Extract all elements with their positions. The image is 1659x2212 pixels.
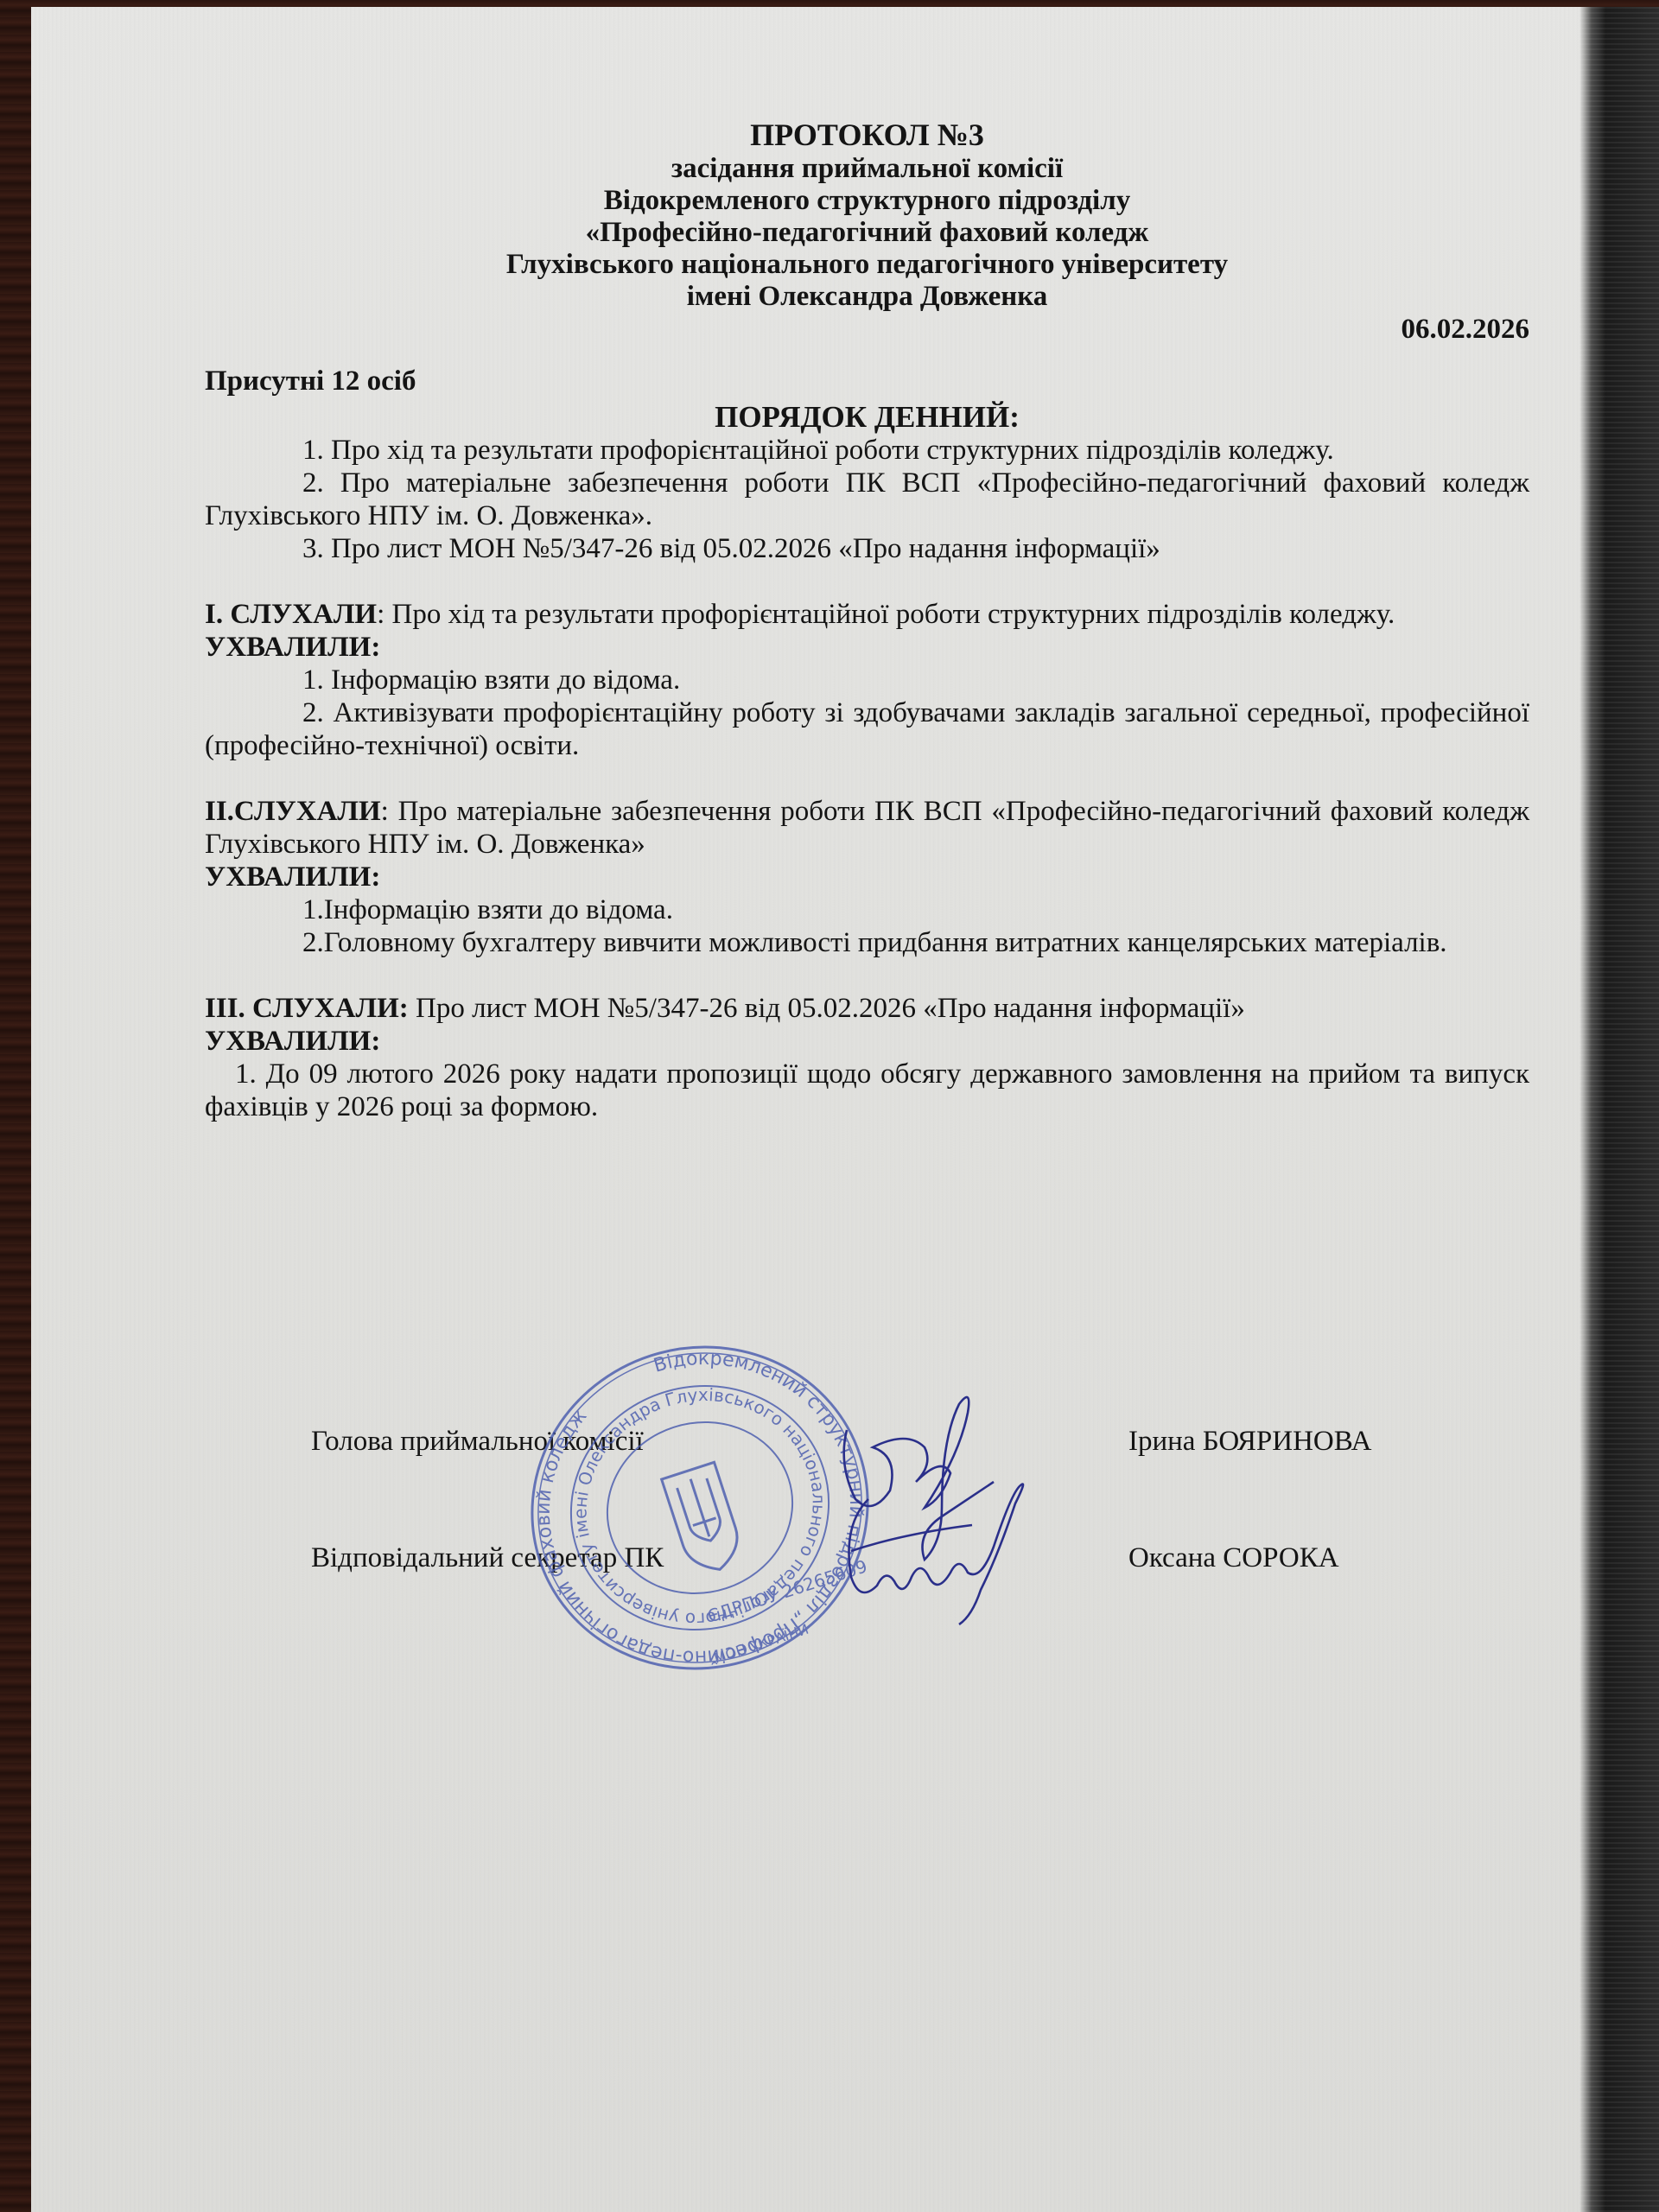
section-2: II.СЛУХАЛИ: Про матеріальне забезпечення… — [205, 795, 1529, 959]
decision-item: 2.Головному бухгалтеру вивчити можливост… — [205, 926, 1529, 959]
decision-item: 1. Інформацію взяти до відома. — [205, 664, 1529, 696]
subtitle-line: Глухівського національного педагогічного… — [205, 249, 1529, 281]
decided-label: УХВАЛИЛИ: — [205, 861, 1529, 893]
subtitle-line: Відокремленого структурного підрозділу — [205, 185, 1529, 217]
decision-item: 1.Інформацію взяти до відома. — [205, 893, 1529, 926]
heard-paragraph: I. СЛУХАЛИ: Про хід та результати профор… — [205, 598, 1529, 631]
agenda-item: 2. Про матеріальне забезпечення роботи П… — [205, 467, 1529, 532]
decided-label: УХВАЛИЛИ: — [205, 631, 1529, 664]
decided-label: УХВАЛИЛИ: — [205, 1025, 1529, 1058]
signatory-name: Ірина БОЯРИНОВА — [1128, 1426, 1372, 1458]
decision-item: 1. До 09 лютого 2026 року надати пропози… — [205, 1058, 1529, 1123]
heard-label: III. СЛУХАЛИ: — [205, 993, 409, 1024]
heard-paragraph: III. СЛУХАЛИ: Про лист МОН №5/347-26 від… — [205, 992, 1529, 1025]
subtitle-line: засідання приймальної комісії — [205, 153, 1529, 185]
agenda-item: 3. Про лист МОН №5/347-26 від 05.02.2026… — [205, 532, 1529, 565]
signature-soroka-icon — [834, 1473, 1084, 1646]
attendance: Присутні 12 осіб — [205, 365, 1529, 397]
section-3: III. СЛУХАЛИ: Про лист МОН №5/347-26 від… — [205, 992, 1529, 1123]
heard-text: Про матеріальне забезпечення роботи ПК В… — [205, 796, 1529, 860]
scan-edge-shadow — [1580, 7, 1659, 2212]
heard-label: II.СЛУХАЛИ — [205, 796, 381, 827]
subtitle-line: «Професійно-педагогічний фаховий коледж — [205, 217, 1529, 249]
agenda-item: 1. Про хід та результати профорієнтаційн… — [205, 434, 1529, 467]
agenda-title: ПОРЯДОК ДЕННИЙ: — [205, 401, 1529, 434]
section-1: I. СЛУХАЛИ: Про хід та результати профор… — [205, 598, 1529, 762]
heard-paragraph: II.СЛУХАЛИ: Про матеріальне забезпечення… — [205, 795, 1529, 861]
signatory-name: Оксана СОРОКА — [1128, 1542, 1339, 1574]
document-date: 06.02.2026 — [205, 313, 1529, 346]
decision-item: 2. Активізувати профорієнтаційну роботу … — [205, 696, 1529, 762]
heard-label: I. СЛУХАЛИ — [205, 599, 377, 630]
heard-text: Про лист МОН №5/347-26 від 05.02.2026 «П… — [409, 993, 1245, 1024]
agenda-list: 1. Про хід та результати профорієнтаційн… — [205, 434, 1529, 565]
document-subtitle: засідання приймальної комісії Відокремле… — [205, 153, 1529, 313]
document-title: ПРОТОКОЛ №3 — [205, 117, 1529, 153]
protocol-document: ПРОТОКОЛ №3 засідання приймальної комісі… — [205, 117, 1529, 1123]
heard-text: Про хід та результати профорієнтаційної … — [385, 599, 1395, 630]
subtitle-line: імені Олександра Довженка — [205, 281, 1529, 313]
